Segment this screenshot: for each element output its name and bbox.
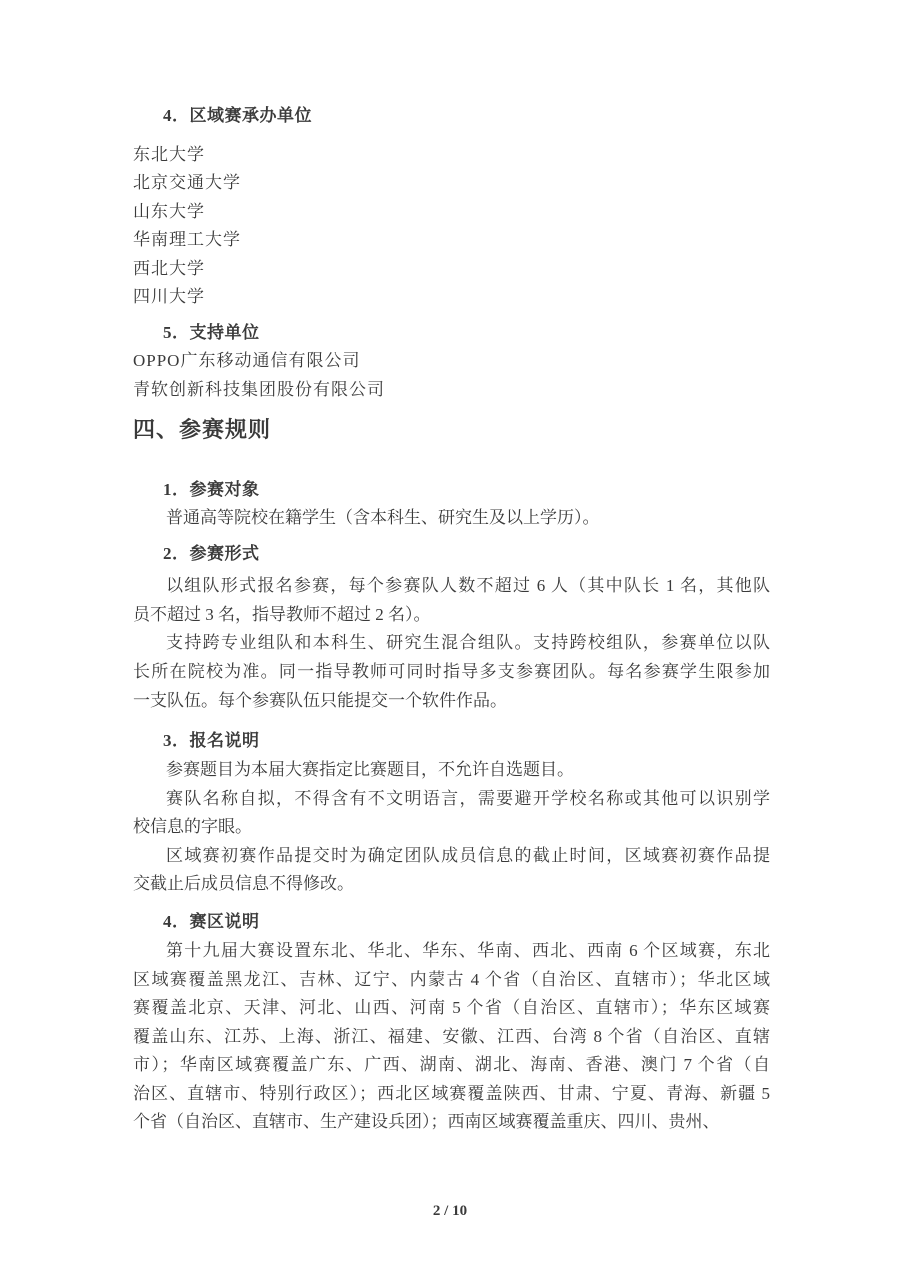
supporter-company-item: OPPO广东移动通信有限公司 [133,349,770,373]
body-line: 治区、直辖市、特别行政区）；西北区域赛覆盖陕西、甘肃、宁夏、青海、新疆 5 [133,1082,770,1106]
body-line: 普通高等院校在籍学生（含本科生、研究生及以上学历）。 [133,506,770,530]
rule-heading-team-format: 2．参赛形式 [133,542,770,566]
body-line: 交截止后成员信息不得修改。 [133,872,770,896]
body-line: 覆盖山东、江苏、上海、浙江、福建、安徽、江西、台湾 8 个省（自治区、直辖 [133,1025,770,1049]
body-line: 区域赛初赛作品提交时为确定团队成员信息的截止时间，区域赛初赛作品提 [133,844,770,868]
section-heading-supporters: 5．支持单位 [133,321,770,345]
host-university-item: 西北大学 [133,257,770,281]
host-university-item: 东北大学 [133,143,770,167]
host-university-item: 华南理工大学 [133,228,770,252]
body-line: 参赛题目为本届大赛指定比赛题目，不允许自选题目。 [133,758,770,782]
host-university-item: 北京交通大学 [133,171,770,195]
document-text-block: 4．区域赛承办单位 东北大学 北京交通大学 山东大学 华南理工大学 西北大学 四… [133,0,770,1274]
host-university-item: 山东大学 [133,200,770,224]
body-line: 以组队形式报名参赛，每个参赛队人数不超过 6 人（其中队长 1 名，其他队 [133,574,770,598]
supporter-company-item: 青软创新科技集团股份有限公司 [133,378,770,402]
body-line: 长所在院校为准。同一指导教师可同时指导多支参赛团队。每名参赛学生限参加 [133,660,770,684]
page-number: 2 / 10 [0,1203,900,1220]
body-line: 市）；华南区域赛覆盖广东、广西、湖南、湖北、海南、香港、澳门 7 个省（自 [133,1053,770,1077]
section-heading-region-hosts: 4．区域赛承办单位 [133,104,770,128]
rule-heading-participants: 1．参赛对象 [133,478,770,502]
host-university-item: 四川大学 [133,285,770,309]
body-line: 第十九届大赛设置东北、华北、华东、华南、西北、西南 6 个区域赛，东北 [133,939,770,963]
chapter-title: 四、参赛规则 [133,418,770,442]
body-line: 个省（自治区、直辖市、生产建设兵团）；西南区域赛覆盖重庆、四川、贵州、 [133,1110,770,1134]
body-line: 赛覆盖北京、天津、河北、山西、河南 5 个省（自治区、直辖市）；华东区域赛 [133,996,770,1020]
rule-heading-registration: 3．报名说明 [133,729,770,753]
body-line: 一支队伍。每个参赛队伍只能提交一个软件作品。 [133,689,770,713]
rule-heading-divisions: 4．赛区说明 [133,910,770,934]
body-line: 校信息的字眼。 [133,815,770,839]
body-line: 员不超过 3 名，指导教师不超过 2 名）。 [133,603,770,627]
document-page: 4．区域赛承办单位 东北大学 北京交通大学 山东大学 华南理工大学 西北大学 四… [0,0,900,1274]
body-line: 支持跨专业组队和本科生、研究生混合组队。支持跨校组队，参赛单位以队 [133,631,770,655]
body-line: 区域赛覆盖黑龙江、吉林、辽宁、内蒙古 4 个省（自治区、直辖市）；华北区域 [133,968,770,992]
body-line: 赛队名称自拟，不得含有不文明语言，需要避开学校名称或其他可以识别学 [133,787,770,811]
